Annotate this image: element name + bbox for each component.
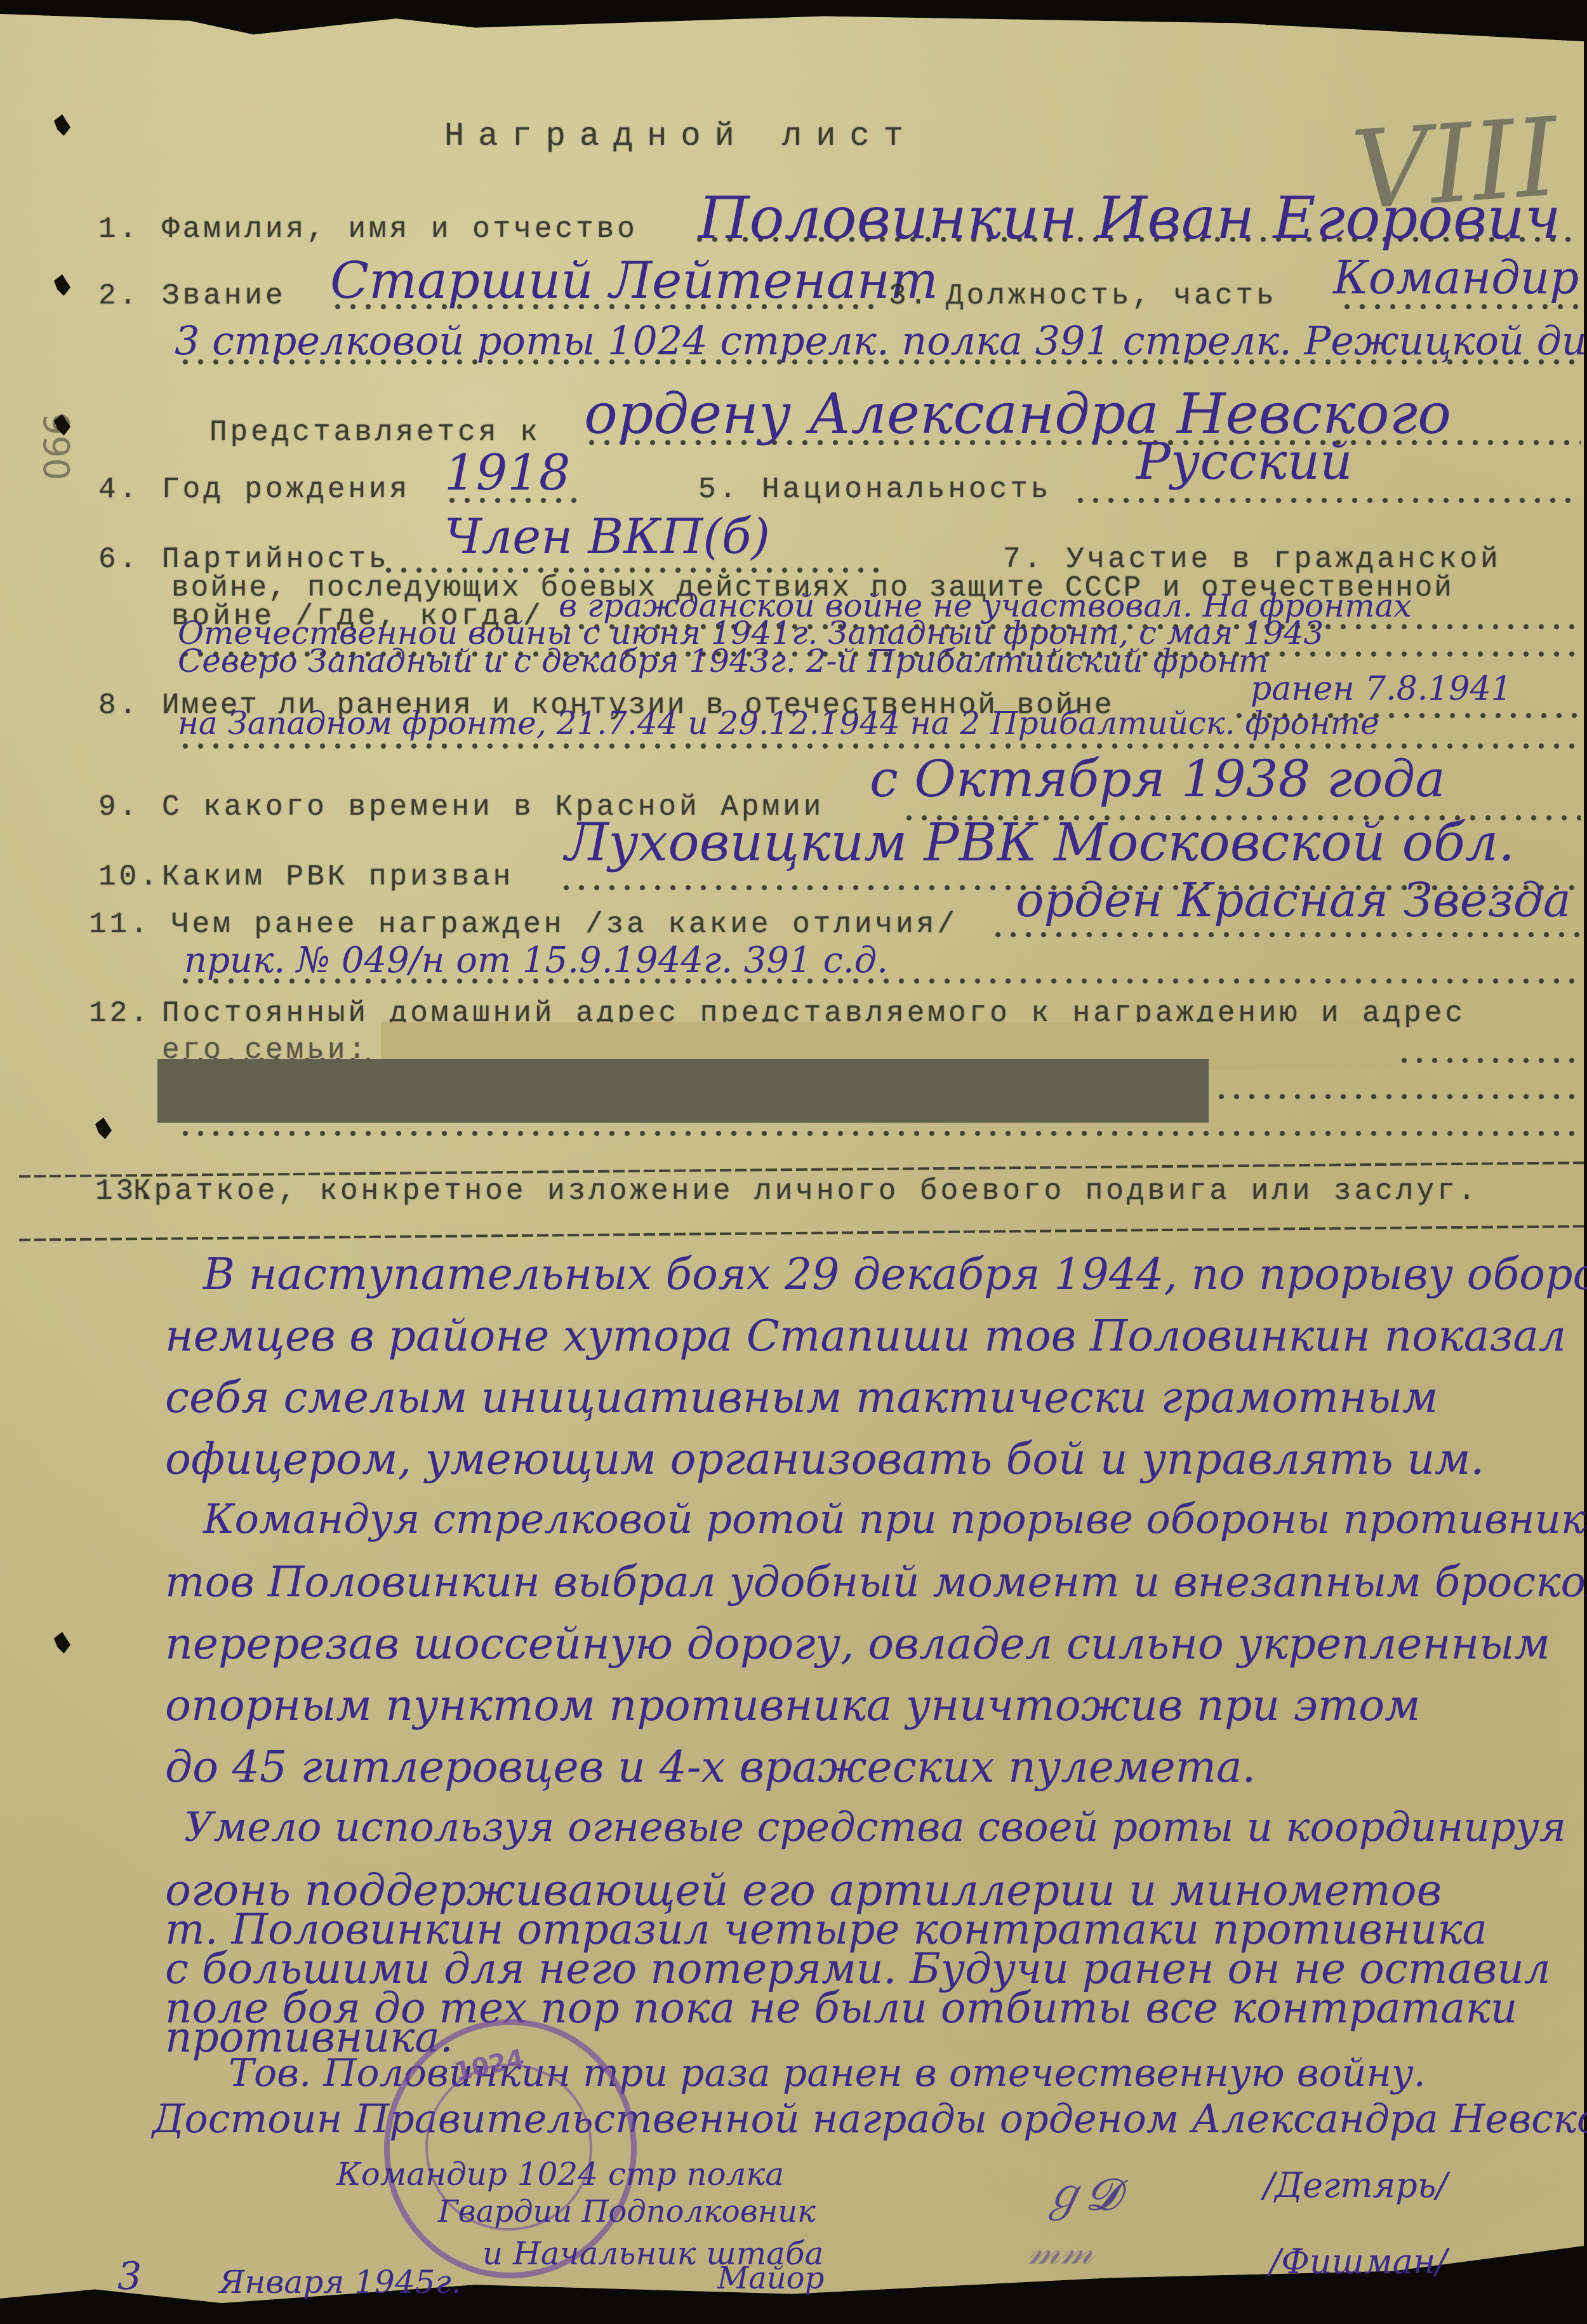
field-8-value-line2: на Западном фронте, 21.7.44 и 29.12.1944… (178, 705, 1379, 742)
field-2-label: Звание (162, 279, 286, 312)
field-3-value-unit: 3 стрелковой роты 1024 стрелк. полка 391… (175, 317, 1587, 364)
field-9-value: с Октября 1938 года (870, 749, 1445, 808)
field-4-label: Год рождения (162, 473, 410, 506)
signature-commander-rank: Гвардии Подполковник (438, 2194, 816, 2229)
field-7-value-line3: Северо Западный и с декабря 1943г. 2-й П… (178, 643, 1268, 679)
signature-chief-rank: Майор (717, 2261, 824, 2296)
signature-commander-title: Командир 1024 стр полка (336, 2156, 784, 2193)
dotted-line (990, 932, 1581, 938)
field-10-value: Луховицким РВК Московской обл. (565, 813, 1515, 873)
field-5-value-nationality: Русский (1136, 432, 1353, 491)
signature-chief-name: /Фишман/ (1270, 2241, 1447, 2281)
field-2-value-rank: Старший Лейтенант (330, 251, 938, 310)
field-11-label: Чем ранее награжден /за какие отличия/ (171, 908, 958, 941)
narrative-line: тов Половинкин выбрал удобный момент и в… (165, 1558, 1587, 1606)
dotted-line (178, 1130, 1581, 1137)
dotted-line (1073, 497, 1581, 504)
field-8-value-line1: ранен 7.8.1941 (1251, 670, 1512, 708)
narrative-line: опорным пунктом противника уничтожив при… (165, 1681, 1421, 1731)
field-4-number: 4. (98, 473, 140, 506)
field-6-value-party: Член ВКП(б) (444, 508, 770, 564)
field-10-label: Каким РВК призван (162, 860, 514, 893)
field-1-label: Фамилия, имя и отчество (162, 213, 638, 246)
narrative-line-recommendation: Достоин Правительственной награды ордено… (152, 2095, 1587, 2142)
field-5-number: 5. (698, 473, 740, 506)
narrative-line: до 45 гитлеровцев и 4-х вражеских пулеме… (165, 1742, 1256, 1793)
narrative-line: Командуя стрелковой ротой при прорыве об… (203, 1496, 1587, 1543)
narrative-line: Умело используя огневые средства своей р… (184, 1804, 1566, 1851)
field-5-label: Национальность (762, 473, 1051, 506)
narrative-line: себя смелым инициативным тактически грам… (165, 1373, 1438, 1423)
field-6-number: 6. (98, 543, 140, 576)
field-3-value: Командир (1333, 251, 1579, 304)
field-3-label: Должность, часть (946, 279, 1277, 312)
field-9-number: 9. (98, 791, 140, 824)
signature-scribble-commander: ℊ𝓓 (1041, 2159, 1120, 2223)
narrative-line: перерезав шоссейную дорогу, овладел силь… (165, 1619, 1550, 1669)
redaction-box-dark (157, 1059, 1209, 1123)
narrative-line: немцев в районе хутора Стапиши тов Полов… (165, 1311, 1566, 1361)
field-11-value-line2: прик. № 049/н от 15.9.1944г. 391 с.д. (184, 940, 888, 981)
field-2-number: 2. (98, 279, 140, 312)
field-11-number: 11. (89, 908, 151, 941)
field-13-label: Краткое, конкретное изложение личного бо… (133, 1175, 1478, 1208)
dotted-line (1339, 304, 1581, 310)
field-11-value-line1: орден Красная Звезда (1016, 873, 1571, 928)
field-8-number: 8. (98, 689, 140, 722)
document-title: Наградной лист (444, 117, 917, 155)
field-10-number: 10. (98, 860, 161, 893)
field-12-number: 12. (89, 997, 151, 1030)
dotted-line (178, 743, 1581, 749)
field-1-number: 1. (98, 213, 140, 246)
narrative-line: офицером, умеющим организовать бой и упр… (165, 1434, 1484, 1485)
field-1-value-name: Половинкин Иван Егорович (698, 184, 1561, 252)
signature-commander-name: /Дегтярь/ (1263, 2165, 1447, 2205)
date-day: 3 (117, 2254, 142, 2299)
signature-scribble-chief: 𝓂𝓂 (1028, 2229, 1093, 2273)
narrative-line: В наступательных боях 29 декабря 1944, п… (203, 1250, 1587, 1300)
date-month-year: Января 1945г. (219, 2264, 461, 2301)
field-3-number: 3. (889, 279, 930, 312)
field-4-value-year: 1918 (444, 444, 571, 502)
